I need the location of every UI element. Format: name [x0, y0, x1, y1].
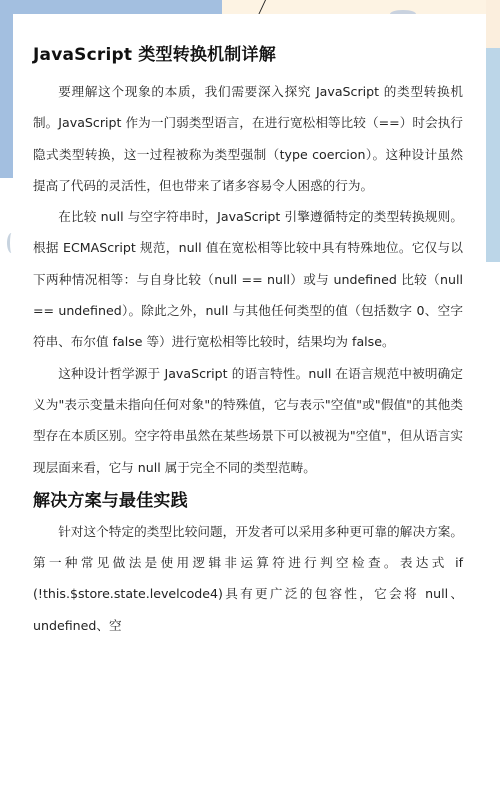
decorative-cream-corner	[486, 0, 500, 48]
article: JavaScript 类型转换机制详解 要理解这个现象的本质，我们需要深入探究 …	[33, 40, 463, 641]
paragraph: 要理解这个现象的本质，我们需要深入探究 JavaScript 的类型转换机制。J…	[33, 76, 463, 201]
paragraph: 这种设计哲学源于 JavaScript 的语言特性。null 在语言规范中被明确…	[33, 358, 463, 483]
section-heading: 解决方案与最佳实践	[33, 486, 463, 516]
decorative-blue-panel-right	[486, 48, 500, 262]
paragraph: 在比较 null 与空字符串时，JavaScript 引擎遵循特定的类型转换规则…	[33, 201, 463, 357]
paragraph: 针对这个特定的类型比较问题，开发者可以采用多种更可靠的解决方案。第一种常见做法是…	[33, 516, 463, 641]
article-title: JavaScript 类型转换机制详解	[33, 40, 463, 70]
